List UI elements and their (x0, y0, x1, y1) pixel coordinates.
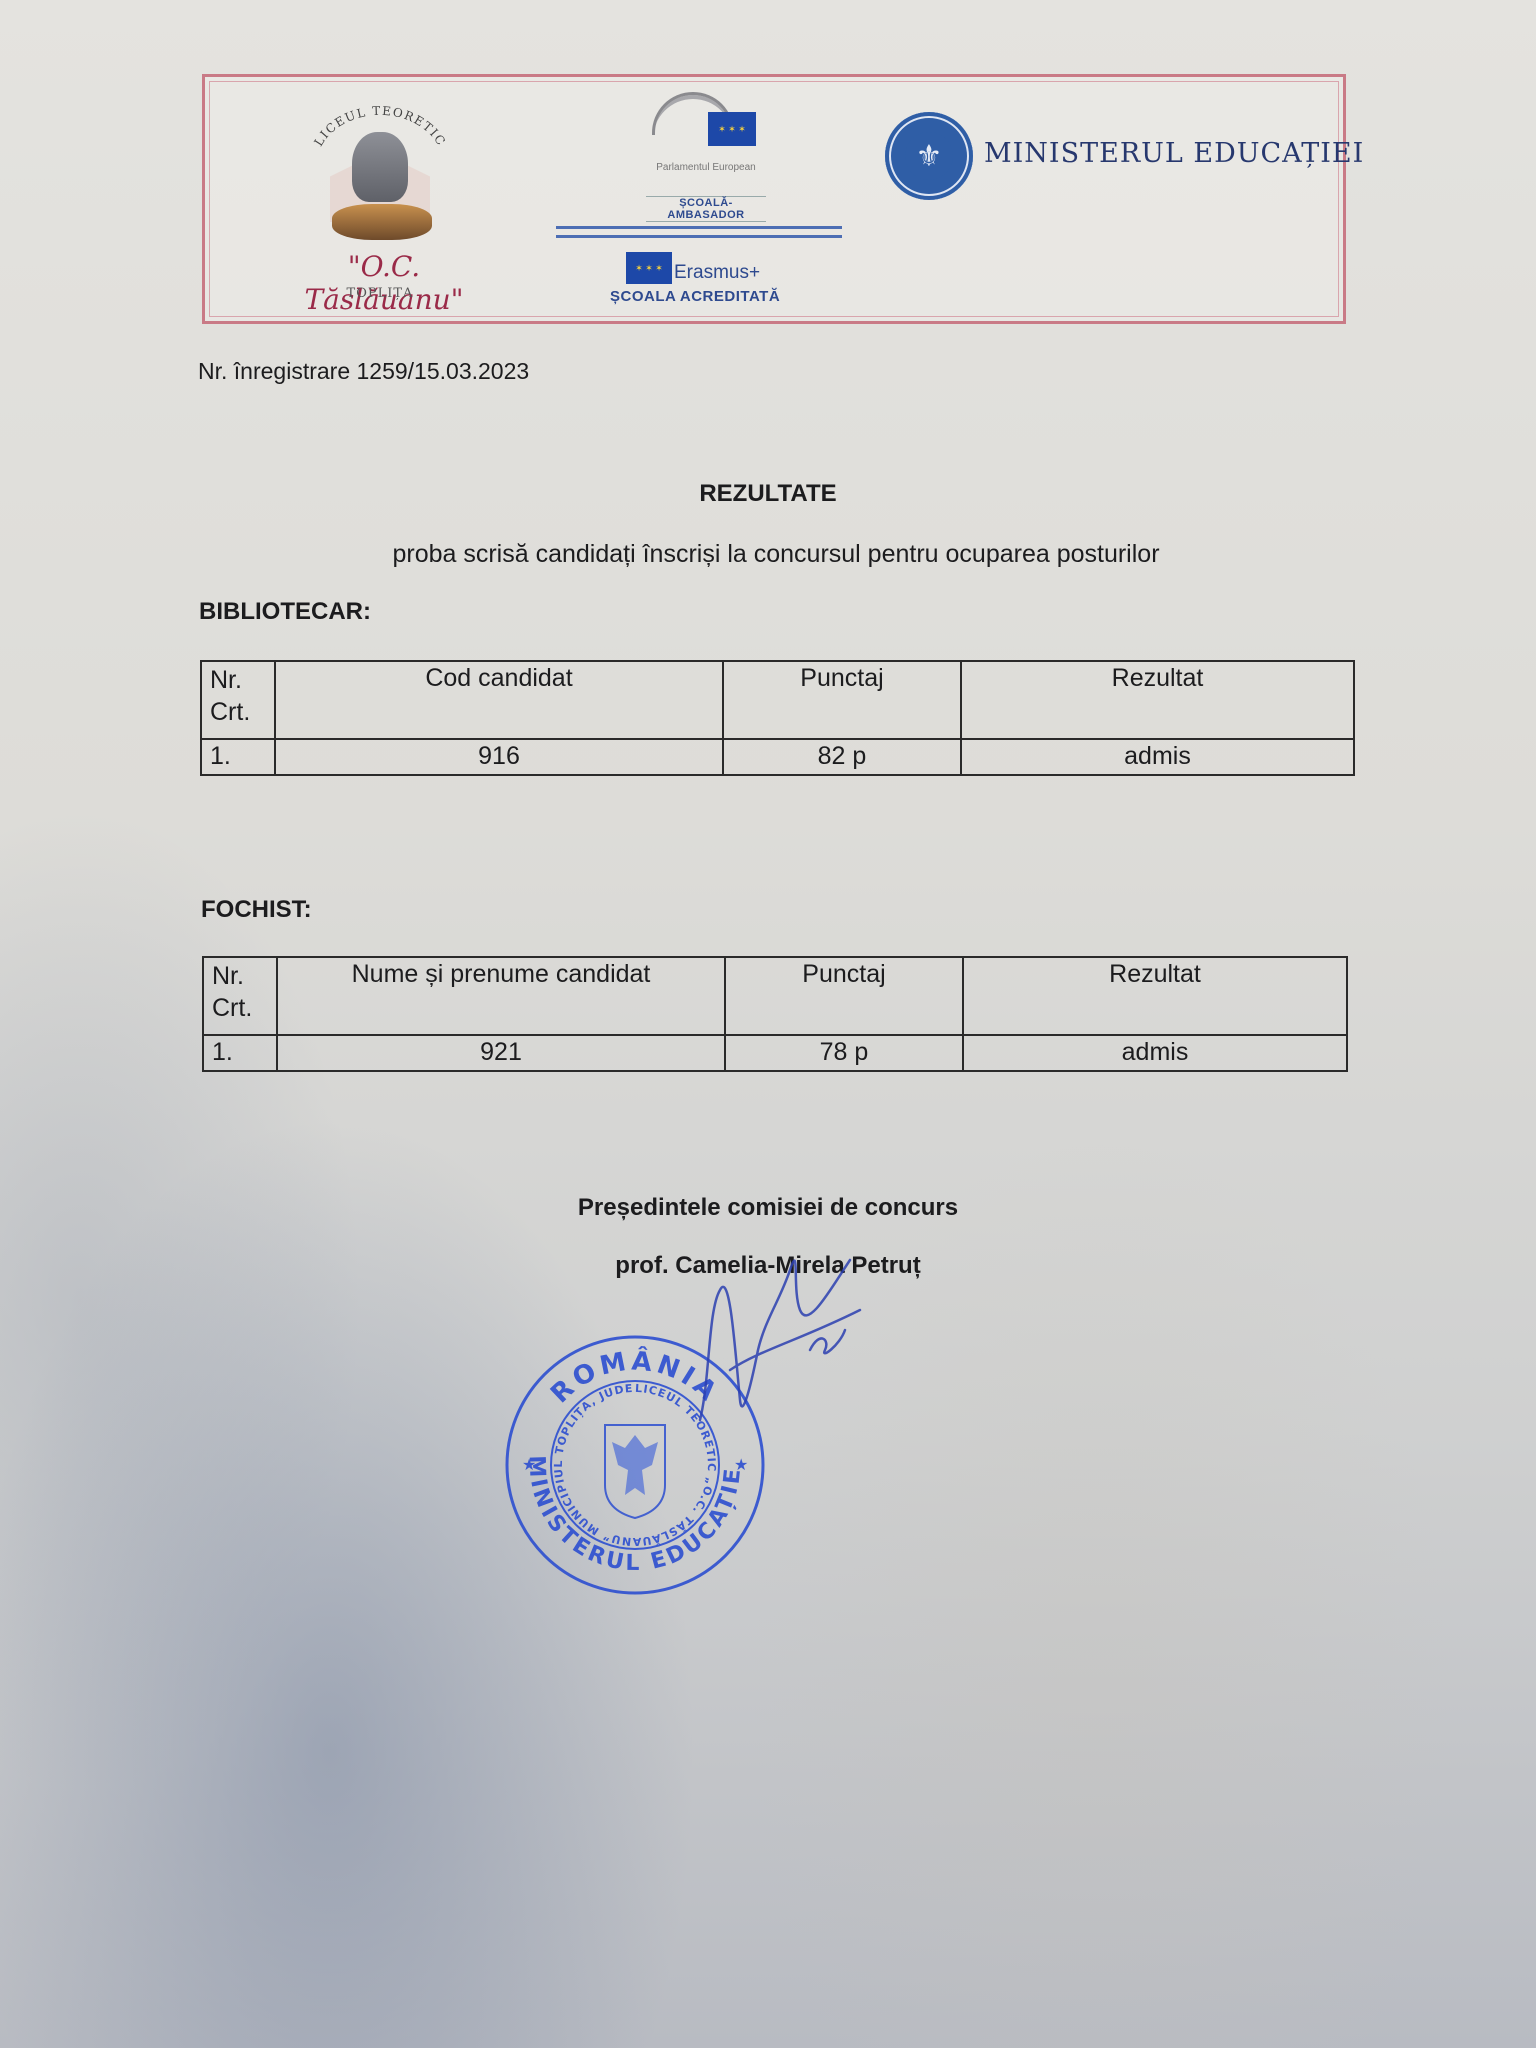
results-table-bibliotecar: Nr.Crt. Cod candidat Punctaj Rezultat 1.… (200, 660, 1355, 776)
cell-result: admis (963, 1035, 1347, 1071)
divider-lines (556, 226, 842, 238)
header-candidate: Nume și prenume candidat (277, 957, 725, 1035)
eu-flag-icon: ✶ ✶ ✶ (708, 112, 756, 146)
registration-number: Nr. înregistrare 1259/15.03.2023 (198, 358, 529, 385)
school-bust-icon (352, 132, 408, 202)
ep-erasmus-logos: ✶ ✶ ✶ Parlamentul European ȘCOALĂ-AMBASA… (556, 92, 846, 312)
cell-nr: 1. (201, 739, 275, 775)
signatory-role: Președintele comisiei de concurs (0, 1194, 1536, 1222)
ministry-name: MINISTERUL EDUCAȚIEI (984, 138, 1364, 169)
cell-candidate: 921 (277, 1035, 725, 1071)
section-label-fochist: FOCHIST: (201, 896, 312, 924)
cell-score: 78 p (725, 1035, 963, 1071)
school-city: TOPLIȚA (300, 286, 460, 301)
cell-score: 82 p (723, 739, 961, 775)
signature (680, 1230, 900, 1430)
header-result: Rezultat (963, 957, 1347, 1035)
header-result: Rezultat (961, 661, 1354, 739)
svg-text:★: ★ (734, 1455, 748, 1474)
table-header-row: Nr.Crt. Nume și prenume candidat Punctaj… (203, 957, 1347, 1035)
erasmus-label: Erasmus+ (674, 262, 760, 284)
results-table-fochist: Nr.Crt. Nume și prenume candidat Punctaj… (202, 956, 1348, 1072)
coat-of-arms-icon (605, 1425, 665, 1518)
header-nr: Nr.Crt. (201, 661, 275, 739)
header-score: Punctaj (723, 661, 961, 739)
accredited-school-label: ȘCOALA ACREDITATĂ (610, 288, 780, 305)
ambassador-school-badge: ȘCOALĂ-AMBASADOR (646, 196, 766, 222)
header-candidate: Cod candidat (275, 661, 723, 739)
header-score: Punctaj (725, 957, 963, 1035)
svg-text:★: ★ (522, 1455, 536, 1474)
table-header-row: Nr.Crt. Cod candidat Punctaj Rezultat (201, 661, 1354, 739)
romanian-coat-of-arms-icon: ⚜ (885, 112, 973, 200)
table-row: 1. 916 82 p admis (201, 739, 1354, 775)
table-row: 1. 921 78 p admis (203, 1035, 1347, 1071)
books-icon (332, 204, 432, 240)
ep-label: Parlamentul European (636, 162, 776, 173)
cell-nr: 1. (203, 1035, 277, 1071)
school-logo: LICEUL TEORETIC "O.C. Tăslăuanu" TOPLIȚA (300, 92, 460, 312)
document-title: REZULTATE (0, 480, 1536, 508)
erasmus-flag-icon: ✶ ✶ ✶ (626, 252, 672, 284)
cell-candidate: 916 (275, 739, 723, 775)
header-nr: Nr.Crt. (203, 957, 277, 1035)
cell-result: admis (961, 739, 1354, 775)
school-name: "O.C. Tăslăuanu" (284, 250, 484, 316)
document-subtitle: proba scrisă candidați înscriși la concu… (0, 540, 1536, 569)
section-label-bibliotecar: BIBLIOTECAR: (199, 598, 371, 626)
